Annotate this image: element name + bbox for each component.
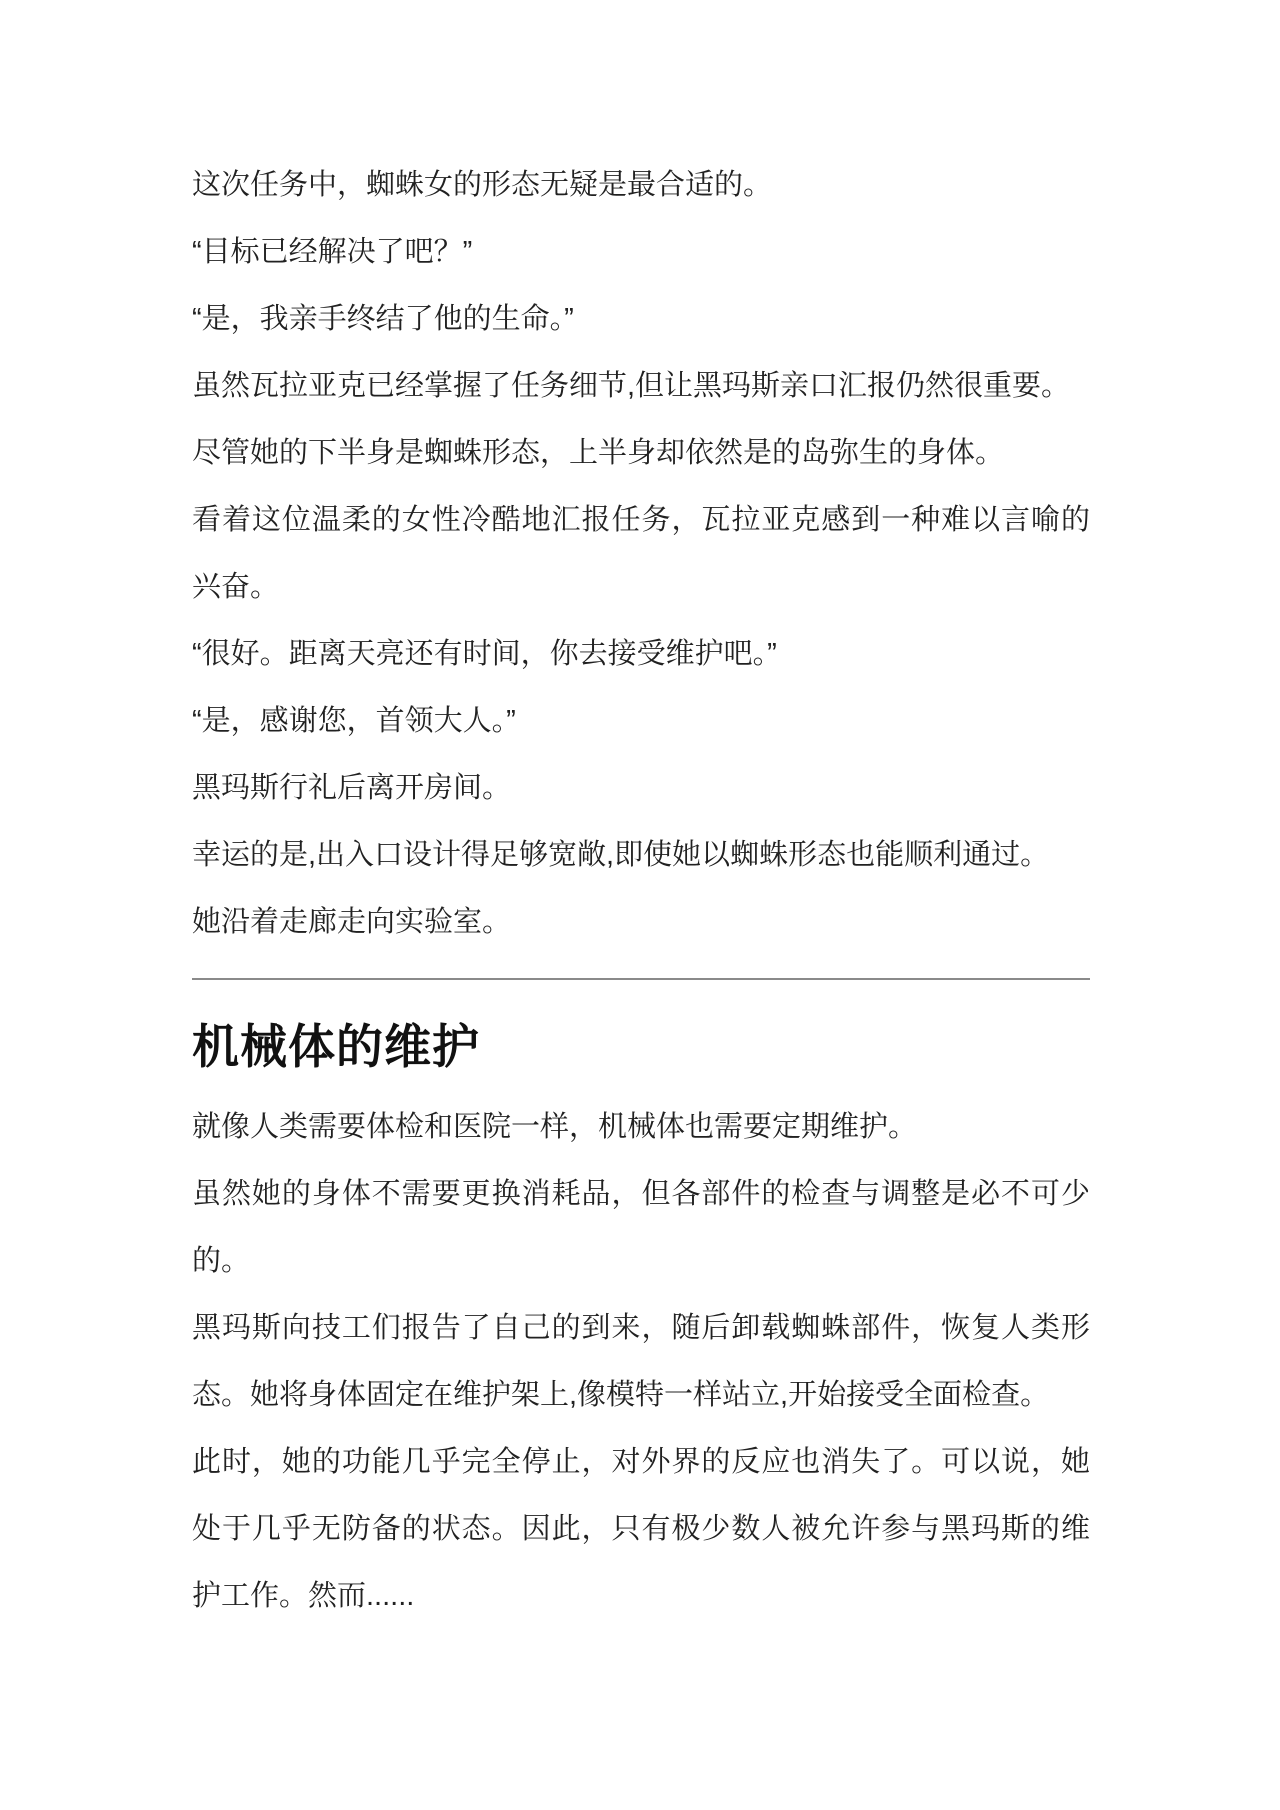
section-divider bbox=[192, 978, 1090, 980]
paragraph-quote: “是，感谢您，首领大人。” bbox=[192, 688, 1090, 755]
paragraph: 此时，她的功能几乎完全停止，对外界的反应也消失了。可以说，她处于几乎无防备的状态… bbox=[192, 1429, 1090, 1630]
paragraph: 黑玛斯向技工们报告了自己的到来，随后卸载蜘蛛部件，恢复人类形态。她将身体固定在维… bbox=[192, 1295, 1090, 1429]
paragraph-quote: “很好。距离天亮还有时间，你去接受维护吧。” bbox=[192, 621, 1090, 688]
paragraph: 黑玛斯行礼后离开房间。 bbox=[192, 755, 1090, 822]
paragraph: 虽然她的身体不需要更换消耗品，但各部件的检查与调整是必不可少的。 bbox=[192, 1161, 1090, 1295]
paragraph: 看着这位温柔的女性冷酷地汇报任务，瓦拉亚克感到一种难以言喻的兴奋。 bbox=[192, 487, 1090, 621]
document-page: 这次任务中，蜘蛛女的形态无疑是最合适的。 “目标已经解决了吧？” “是，我亲手终… bbox=[0, 0, 1280, 1810]
paragraph-quote: “是，我亲手终结了他的生命。” bbox=[192, 286, 1090, 353]
paragraph: 尽管她的下半身是蜘蛛形态，上半身却依然是的岛弥生的身体。 bbox=[192, 420, 1090, 487]
paragraph-quote: “目标已经解决了吧？” bbox=[192, 219, 1090, 286]
paragraph: 幸运的是,出入口设计得足够宽敞,即使她以蜘蛛形态也能顺利通过。 bbox=[192, 822, 1090, 889]
paragraph: 这次任务中，蜘蛛女的形态无疑是最合适的。 bbox=[192, 152, 1090, 219]
section-heading: 机械体的维护 bbox=[192, 1014, 1090, 1080]
paragraph: 就像人类需要体检和医院一样，机械体也需要定期维护。 bbox=[192, 1094, 1090, 1161]
paragraph: 虽然瓦拉亚克已经掌握了任务细节,但让黑玛斯亲口汇报仍然很重要。 bbox=[192, 353, 1090, 420]
paragraph: 她沿着走廊走向实验室。 bbox=[192, 889, 1090, 956]
